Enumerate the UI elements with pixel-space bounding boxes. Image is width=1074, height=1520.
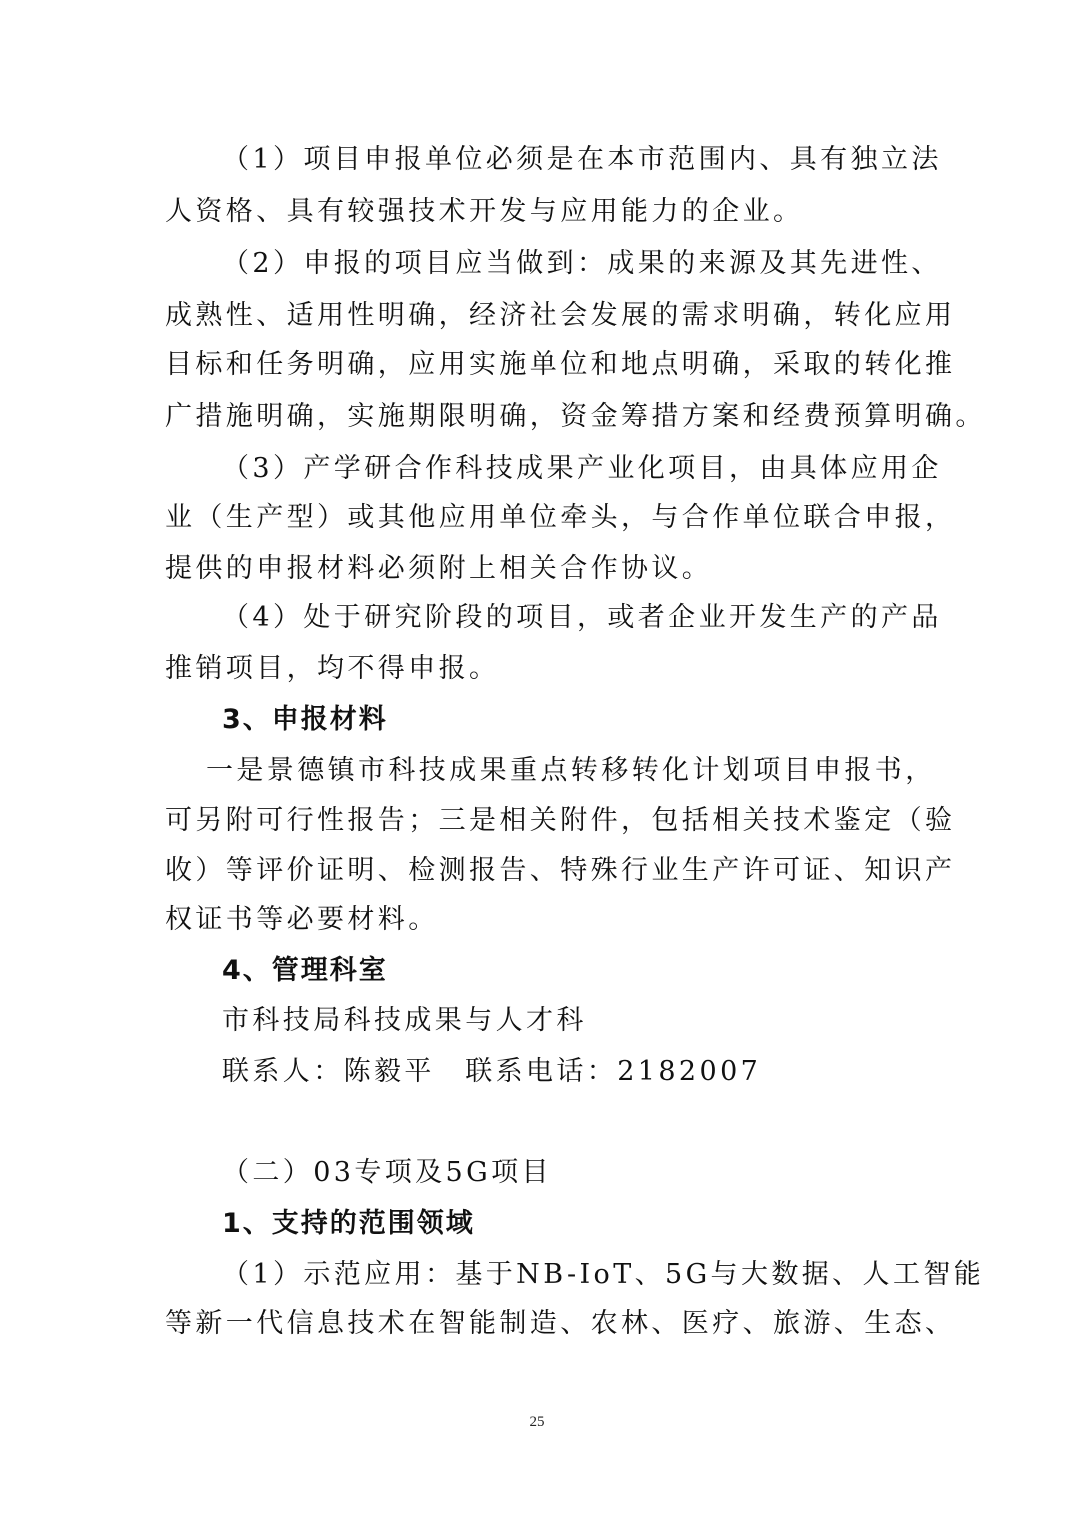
section-heading: 3、申报材料 xyxy=(222,702,972,738)
paragraph-line: （1）项目申报单位必须是在本市范围内、具有独立法 xyxy=(222,142,972,178)
paragraph-line: 权证书等必要材料。 xyxy=(165,902,915,938)
section-heading: 4、管理科室 xyxy=(222,953,972,989)
paragraph-line: 广措施明确，实施期限明确，资金筹措方案和经费预算明确。 xyxy=(165,399,915,435)
subsection-title: （二）03专项及5G项目 xyxy=(222,1155,972,1191)
department-name: 市科技局科技成果与人才科 xyxy=(222,1003,972,1039)
paragraph-line: （3）产学研合作科技成果产业化项目，由具体应用企 xyxy=(222,451,972,487)
paragraph-line: 人资格、具有较强技术开发与应用能力的企业。 xyxy=(165,194,915,230)
paragraph-line: 提供的申报材料必须附上相关合作协议。 xyxy=(165,551,915,587)
paragraph-line: 一是景德镇市科技成果重点转移转化计划项目申报书， xyxy=(206,753,956,789)
contact-info: 联系人：陈毅平 联系电话：2182007 xyxy=(222,1054,972,1090)
paragraph-line: 等新一代信息技术在智能制造、农林、医疗、旅游、生态、 xyxy=(165,1306,915,1342)
paragraph-line: （2）申报的项目应当做到：成果的来源及其先进性、 xyxy=(222,246,972,282)
paragraph-line: 目标和任务明确，应用实施单位和地点明确，采取的转化推 xyxy=(165,347,915,383)
section-heading: 1、支持的范围领域 xyxy=(222,1206,972,1242)
page-number: 25 xyxy=(0,1414,1074,1431)
paragraph-line: 推销项目，均不得申报。 xyxy=(165,651,915,687)
paragraph-line: 成熟性、适用性明确，经济社会发展的需求明确，转化应用 xyxy=(165,298,915,334)
document-page: （1）项目申报单位必须是在本市范围内、具有独立法 人资格、具有较强技术开发与应用… xyxy=(0,0,1074,1520)
paragraph-line: 可另附可行性报告；三是相关附件，包括相关技术鉴定（验 xyxy=(165,803,915,839)
paragraph-line: （4）处于研究阶段的项目，或者企业开发生产的产品 xyxy=(222,600,972,636)
paragraph-line: （1）示范应用：基于NB-IoT、5G与大数据、人工智能 xyxy=(222,1257,972,1293)
paragraph-line: 收）等评价证明、检测报告、特殊行业生产许可证、知识产 xyxy=(165,853,915,889)
paragraph-line: 业（生产型）或其他应用单位牵头，与合作单位联合申报， xyxy=(165,500,915,536)
